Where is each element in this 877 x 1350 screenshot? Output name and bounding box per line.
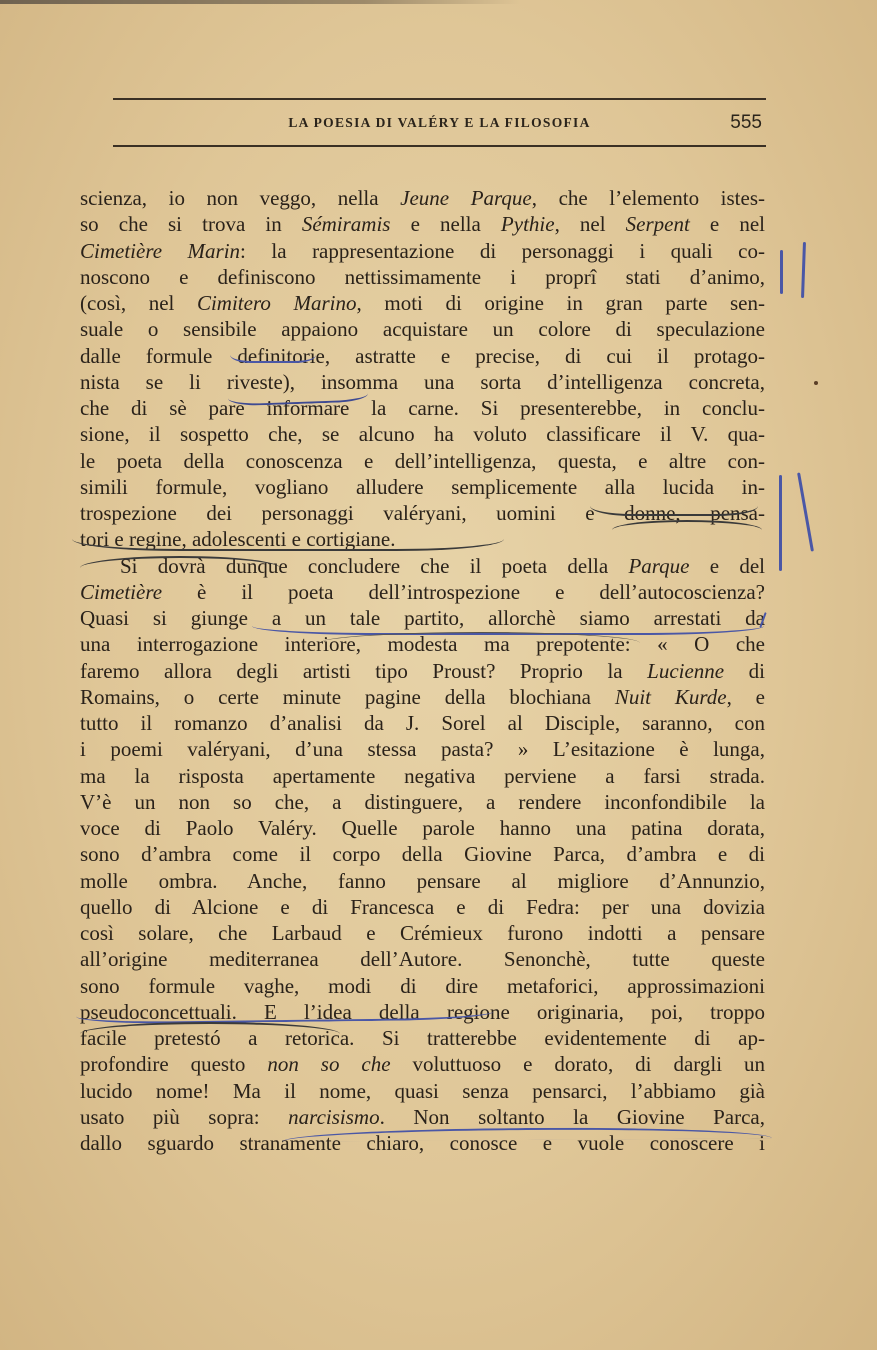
italic-title: Pythie (501, 212, 555, 236)
underline-introspezione-valeryani (72, 527, 504, 551)
header-rule-bottom (113, 145, 766, 147)
text-run: di (724, 659, 765, 683)
text-run: che di sè pare informare la carne. Si pr… (80, 396, 765, 420)
scanned-book-page: LA POESIA DI VALÉRY E LA FILOSOFIA 555 s… (0, 0, 877, 1350)
text-run: così solare, che Larbaud e Crémieux furo… (80, 921, 765, 945)
italic-title: Lucienne (647, 659, 724, 683)
text-run: . Non soltanto la Giovine Parca, (380, 1105, 765, 1129)
text-run: scienza, io non veggo, nella (80, 186, 400, 210)
page-edge-shadow (0, 0, 520, 4)
text-run: profondire questo (80, 1052, 267, 1076)
text-line: Romains, o certe minute pagine della blo… (80, 684, 765, 710)
text-line: sono d’ambra come il corpo della Giovine… (80, 841, 765, 867)
text-run: all’origine mediterranea dell’Autore. Se… (80, 947, 765, 971)
text-run: so che si trova in (80, 212, 302, 236)
italic-title: Cimetière (80, 580, 162, 604)
italic-title: Cimetière Marin (80, 239, 240, 263)
italic-title: Sémiramis (302, 212, 391, 236)
text-run: (così, nel (80, 291, 197, 315)
page-number: 555 (730, 112, 762, 134)
text-run: molle ombra. Anche, fanno pensare al mig… (80, 869, 765, 893)
header-rule-top (113, 98, 766, 100)
ink-spot (814, 381, 818, 385)
text-line: scienza, io non veggo, nella Jeune Parqu… (80, 185, 765, 211)
text-line: sono formule vaghe, modi di dire metafor… (80, 973, 765, 999)
margin-bar-4 (797, 472, 814, 551)
text-line: sione, il sospetto che, se alcuno ha vol… (80, 421, 765, 447)
text-line: so che si trova in Sémiramis e nella Pyt… (80, 211, 765, 237)
text-run: è il poeta dell’introspezione e dell’aut… (162, 580, 765, 604)
italic-title: Cimitero Marino (197, 291, 357, 315)
text-run: sono formule vaghe, modi di dire metafor… (80, 974, 765, 998)
text-line: usato più sopra: narcisismo. Non soltant… (80, 1104, 765, 1130)
text-run: e nella (390, 212, 500, 236)
italic-title: non so che (267, 1052, 390, 1076)
text-run: voluttuoso e dorato, di dargli un (391, 1052, 765, 1076)
text-line: noscono e definiscono nettissimamente i … (80, 264, 765, 290)
text-run: , che l’elemento istes- (532, 186, 765, 210)
text-run: lucido nome! Ma il nome, quasi senza pen… (80, 1079, 765, 1103)
italic-title: narcisismo (288, 1105, 379, 1129)
text-run: i poemi valéryani, d’una stessa pasta? »… (80, 737, 765, 761)
text-line: voce di Paolo Valéry. Quelle parole hann… (80, 815, 765, 841)
text-run: Romains, o certe minute pagine della blo… (80, 685, 615, 709)
text-line: dalle formule definitorie, astratte e pr… (80, 343, 765, 369)
margin-bar-3 (779, 475, 782, 571)
text-line: profondire questo non so che voluttuoso … (80, 1051, 765, 1077)
underline-definitorie (230, 347, 316, 363)
text-run: le poeta della conoscenza e dell’intelli… (80, 449, 765, 473)
text-line: molle ombra. Anche, fanno pensare al mig… (80, 868, 765, 894)
text-line: quello di Alcione e di Francesca e di Fe… (80, 894, 765, 920)
text-line: faremo allora degli artisti tipo Proust?… (80, 658, 765, 684)
text-run: ma la risposta apertamente negativa perv… (80, 764, 765, 788)
text-line: suale o sensibile appaiono acquistare un… (80, 316, 765, 342)
text-run: noscono e definiscono nettissimamente i … (80, 265, 765, 289)
text-line: che di sè pare informare la carne. Si pr… (80, 395, 765, 421)
text-line: V’è un non so che, a distinguere, a rend… (80, 789, 765, 815)
text-line: tutto il romanzo d’analisi da J. Sorel a… (80, 710, 765, 736)
text-line: le poeta della conoscenza e dell’intelli… (80, 448, 765, 474)
text-run: faremo allora degli artisti tipo Proust?… (80, 659, 647, 683)
text-line: (così, nel Cimitero Marino, moti di orig… (80, 290, 765, 316)
running-title: LA POESIA DI VALÉRY E LA FILOSOFIA (113, 115, 766, 131)
margin-bar-2 (801, 242, 806, 298)
text-line: all’origine mediterranea dell’Autore. Se… (80, 946, 765, 972)
text-line: Cimetière Marin: la rappresentazione di … (80, 238, 765, 264)
text-run: sione, il sospetto che, se alcuno ha vol… (80, 422, 765, 446)
text-run: quello di Alcione e di Francesca e di Fe… (80, 895, 765, 919)
text-line: così solare, che Larbaud e Crémieux furo… (80, 920, 765, 946)
text-line: lucido nome! Ma il nome, quasi senza pen… (80, 1078, 765, 1104)
running-head: LA POESIA DI VALÉRY E LA FILOSOFIA 555 (113, 113, 766, 137)
text-run: nista se li riveste), insomma una sorta … (80, 370, 765, 394)
text-run: , e (727, 685, 765, 709)
italic-title: Parque (628, 554, 689, 578)
text-run: e del (690, 554, 766, 578)
text-line: Cimetière è il poeta dell’introspezione … (80, 579, 765, 605)
text-run: e nel (690, 212, 765, 236)
text-run: usato più sopra: (80, 1105, 288, 1129)
text-run: dalle formule definitorie, astratte e pr… (80, 344, 765, 368)
text-run: suale o sensibile appaiono acquistare un… (80, 317, 765, 341)
text-run: : la rappresentazione di personaggi i qu… (240, 239, 765, 263)
italic-title: Jeune Parque (400, 186, 532, 210)
text-line: nista se li riveste), insomma una sorta … (80, 369, 765, 395)
text-run: tutto il romanzo d’analisi da J. Sorel a… (80, 711, 765, 735)
text-run: , moti di origine in gran parte sen- (356, 291, 765, 315)
italic-title: Nuit Kurde (615, 685, 727, 709)
text-run: sono d’ambra come il corpo della Giovine… (80, 842, 765, 866)
text-line: i poemi valéryani, d’una stessa pasta? »… (80, 736, 765, 762)
underline-alla-lucida (590, 496, 758, 516)
text-run: V’è un non so che, a distinguere, a rend… (80, 790, 765, 814)
text-line: ma la risposta apertamente negativa perv… (80, 763, 765, 789)
italic-title: Serpent (626, 212, 690, 236)
text-run: , nel (555, 212, 626, 236)
text-run: voce di Paolo Valéry. Quelle parole hann… (80, 816, 765, 840)
margin-bar-1 (780, 250, 783, 294)
